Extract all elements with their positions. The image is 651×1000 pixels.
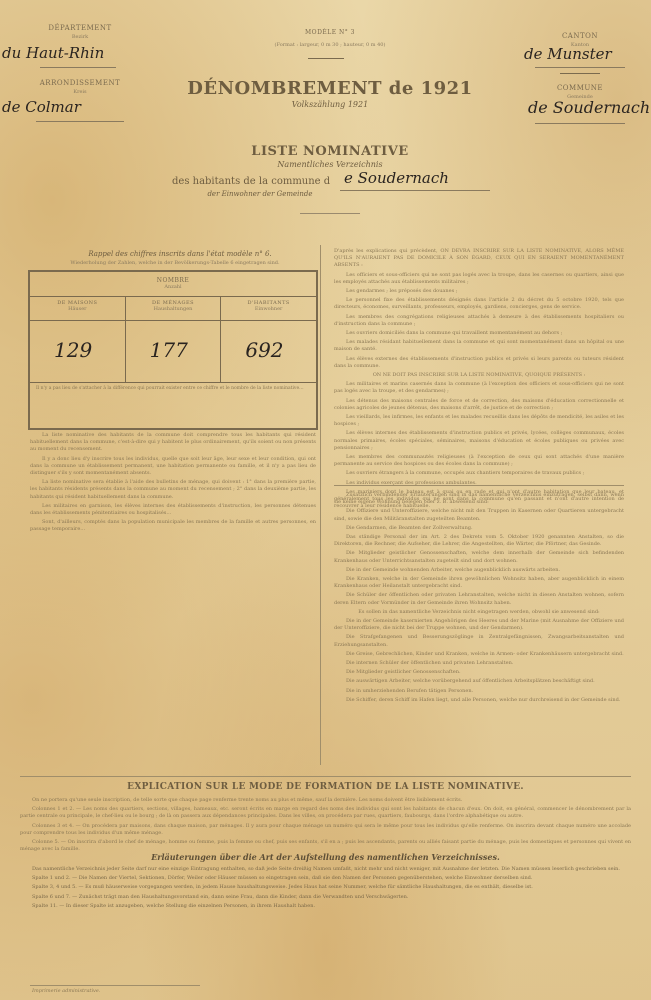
de-include-item: Das ständige Personal der im Art. 2 des … bbox=[334, 534, 624, 548]
summary-houses-value: 129 bbox=[30, 320, 126, 382]
summary-col-households-header: DE MÉNAGES Haushaltungen bbox=[126, 296, 222, 320]
explanation-de-title: Erläuterungen über die Art der Aufstellu… bbox=[60, 852, 591, 862]
left-paragraph: Il y a donc lieu d'y inscrire tous les i… bbox=[30, 456, 316, 478]
explanation-divider bbox=[20, 776, 631, 777]
include-item: Le personnel fixe des établissements dés… bbox=[334, 297, 624, 311]
de-exclude-item: Die in der Gemeinde kasernierten Angehör… bbox=[334, 618, 624, 632]
commune-rule bbox=[535, 123, 625, 124]
canton-value: de Munster bbox=[524, 45, 649, 63]
census-form-page: DÉPARTEMENT Bezirk du Haut-Rhin ARRONDIS… bbox=[0, 0, 651, 1000]
left-paragraph: La liste nominative des habitants de la … bbox=[30, 432, 316, 454]
summary-group-label: NOMBRE bbox=[30, 277, 316, 284]
de-include-item: Die Mitglieder geistlicher Genossenschaf… bbox=[334, 550, 624, 564]
explanation-de-text: Das namentliche Verzeichnis jeder Seite … bbox=[20, 866, 631, 912]
explanation-fr-paragraph: On ne portera qu'une seule inscription, … bbox=[20, 797, 631, 804]
inhabitants-label-de: der Einwohner der Gemeinde bbox=[180, 190, 340, 198]
footnote: Imprimerie administrative. bbox=[32, 988, 100, 994]
include-item: Les officiers et sous-officiers qui ne s… bbox=[334, 272, 624, 286]
left-instructions: La liste nominative des habitants de la … bbox=[30, 432, 316, 536]
commune-value: de Soudernach bbox=[528, 98, 651, 117]
explanation-fr-paragraph: Colonnes 1 et 2. — Les noms des quartier… bbox=[20, 806, 631, 820]
include-item: Les malades résidant habituellement dans… bbox=[334, 339, 624, 353]
right-divider bbox=[334, 485, 624, 486]
exclude-item: Les détenus des maisons centrales de for… bbox=[334, 398, 624, 412]
de-exclude-title: Es sollen in das namentliche Verzeichnis… bbox=[334, 609, 624, 616]
commune-label: COMMUNE bbox=[540, 84, 620, 92]
header-rule bbox=[308, 58, 344, 59]
left-paragraph: Les militaires en garnison, les élèves i… bbox=[30, 503, 316, 517]
model-format: (Format : largeur, 0 m 30 ; hauteur, 0 m… bbox=[230, 42, 430, 48]
include-item: Les membres des congrégations religieuse… bbox=[334, 314, 624, 328]
exclude-item: Les membres des communautés religieuses … bbox=[334, 454, 624, 468]
arrondissement-value: de Colmar bbox=[2, 98, 132, 116]
explanation-de-paragraph: Das namentliche Verzeichnis jeder Seite … bbox=[20, 866, 631, 873]
arrondissement-rule bbox=[36, 121, 124, 122]
column-divider bbox=[320, 245, 321, 765]
explanation-fr-text: On ne portera qu'une seule inscription, … bbox=[20, 797, 631, 855]
de-exclude-item: Die Schiffer, deren Schiff im Hafen lieg… bbox=[334, 697, 624, 704]
explanation-de-paragraph: Spalte 6 und 7. — Zunächst trägt man den… bbox=[20, 894, 631, 901]
list-title: LISTE NOMINATIVE bbox=[200, 144, 460, 159]
de-include-item: Die Kranken, welche in der Gemeinde ihre… bbox=[334, 576, 624, 590]
include-item: Les ouvriers domiciliés dans la commune … bbox=[334, 330, 624, 337]
arrondissement-label-de: Kreis bbox=[38, 89, 122, 95]
summary-group-label-de: Anzahl bbox=[30, 284, 316, 290]
canton-label: CANTON bbox=[540, 32, 620, 40]
summary-box: NOMBRE Anzahl DE MAISONS Häuser DE MÉNAG… bbox=[28, 270, 318, 430]
exclude-title: ON NE DOIT PAS INSCRIRE SUR LA LISTE NOM… bbox=[334, 372, 624, 379]
ornament-rule bbox=[300, 213, 360, 214]
department-value: du Haut-Rhin bbox=[2, 44, 132, 62]
department-label: DÉPARTEMENT bbox=[40, 24, 120, 32]
de-exclude-item: Die Greise, Gebrechlichen, Kinder und Kr… bbox=[334, 651, 624, 658]
census-title: DÉNOMBREMENT de 1921 bbox=[180, 78, 480, 99]
census-title-de: Volkszählung 1921 bbox=[180, 100, 480, 109]
de-intro: Zusätzlich verbindender Erläuterungen si… bbox=[334, 492, 624, 506]
inhabitants-rule bbox=[340, 190, 490, 191]
explanation-de-paragraph: Spalte 3, 4 und 5. — Es muß häuserweise … bbox=[20, 884, 631, 891]
left-paragraph: Sont, d'ailleurs, comptés dans la popula… bbox=[30, 519, 316, 533]
right-instructions: D'après les explications qui précèdent, … bbox=[334, 248, 624, 513]
summary-column-headers: DE MAISONS Häuser DE MÉNAGES Haushaltung… bbox=[30, 296, 316, 321]
summary-caption-de: Wiederholung der Zahlen, welche in der B… bbox=[30, 260, 320, 266]
summary-caption: Rappel des chiffres inscrits dans l'état… bbox=[40, 250, 320, 258]
de-include-item: Die Offiziere und Unteroffiziere, welche… bbox=[334, 508, 624, 522]
canton-separator bbox=[560, 73, 600, 74]
list-title-de: Namentliches Verzeichnis bbox=[200, 160, 460, 169]
de-include-item: Die Gendarmen, die Beamten der Zollverwa… bbox=[334, 525, 624, 532]
de-exclude-item: Die Mitglieder geistlicher Genossenschaf… bbox=[334, 669, 624, 676]
inhabitants-label: des habitants de la commune d bbox=[172, 176, 330, 187]
department-rule bbox=[40, 67, 116, 68]
inhabitants-commune-value: e Soudernach bbox=[344, 169, 494, 187]
right-instructions-de: Zusätzlich verbindender Erläuterungen si… bbox=[334, 492, 624, 706]
summary-col-households-label-de: Haushaltungen bbox=[126, 306, 221, 312]
de-exclude-item: Die internen Schüler der öffentlichen un… bbox=[334, 660, 624, 667]
include-item: Les gendarmes ; les préposés des douanes… bbox=[334, 288, 624, 295]
de-exclude-item: Die Strafgefangenen und Besserungszöglin… bbox=[334, 634, 624, 648]
model-number: MODÈLE N° 3 bbox=[250, 29, 410, 36]
de-exclude-item: Die in umherziehenden Berufen tätigen Pe… bbox=[334, 688, 624, 695]
summary-group-header: NOMBRE Anzahl bbox=[30, 272, 316, 297]
arrondissement-label: ARRONDISSEMENT bbox=[38, 79, 122, 87]
summary-note: Il n'y a pas lieu de s'attacher à la dif… bbox=[36, 386, 310, 392]
summary-col-inhabitants-label-de: Einwohner bbox=[221, 306, 316, 312]
explanation-fr-title: EXPLICATION SUR LE MODE DE FORMATION DE … bbox=[60, 782, 591, 792]
explanation-de-paragraph: Spalte 1 und 2. — Die Namen der Viertel,… bbox=[20, 875, 631, 882]
exclude-item: Les élèves internes des établissements d… bbox=[334, 430, 624, 452]
left-paragraph: La liste nominative sera établie à l'aid… bbox=[30, 479, 316, 501]
right-intro: D'après les explications qui précèdent, … bbox=[334, 248, 624, 270]
explanation-fr-paragraph: Colonnes 3 et 4. — On procédera par mais… bbox=[20, 823, 631, 837]
include-item: Les élèves externes des établissements d… bbox=[334, 356, 624, 370]
summary-col-houses-header: DE MAISONS Häuser bbox=[30, 296, 126, 320]
explanation-de-paragraph: Spalte 11. — In dieser Spalte ist anzuge… bbox=[20, 903, 631, 910]
canton-rule bbox=[535, 67, 625, 68]
exclude-item: Les ouvriers étrangers à la commune, occ… bbox=[334, 470, 624, 477]
footnote-rule bbox=[30, 985, 200, 986]
summary-households-value: 177 bbox=[126, 320, 222, 382]
de-include-item: Die Schüler der öffentlichen oder privat… bbox=[334, 592, 624, 606]
exclude-item: Les vieillards, les infirmes, les enfant… bbox=[334, 414, 624, 428]
summary-inhabitants-value: 692 bbox=[221, 320, 316, 382]
summary-col-inhabitants-header: D'HABITANTS Einwohner bbox=[221, 296, 316, 320]
summary-values-row: 129 177 692 bbox=[30, 320, 316, 383]
de-include-item: Die in der Gemeinde wohnenden Arbeiter, … bbox=[334, 567, 624, 574]
summary-col-houses-label-de: Häuser bbox=[30, 306, 125, 312]
department-label-de: Bezirk bbox=[40, 34, 120, 40]
exclude-item: Les militaires et marins casernés dans l… bbox=[334, 381, 624, 395]
de-exclude-item: Die auswärtigen Arbeiter, welche vorüber… bbox=[334, 678, 624, 685]
